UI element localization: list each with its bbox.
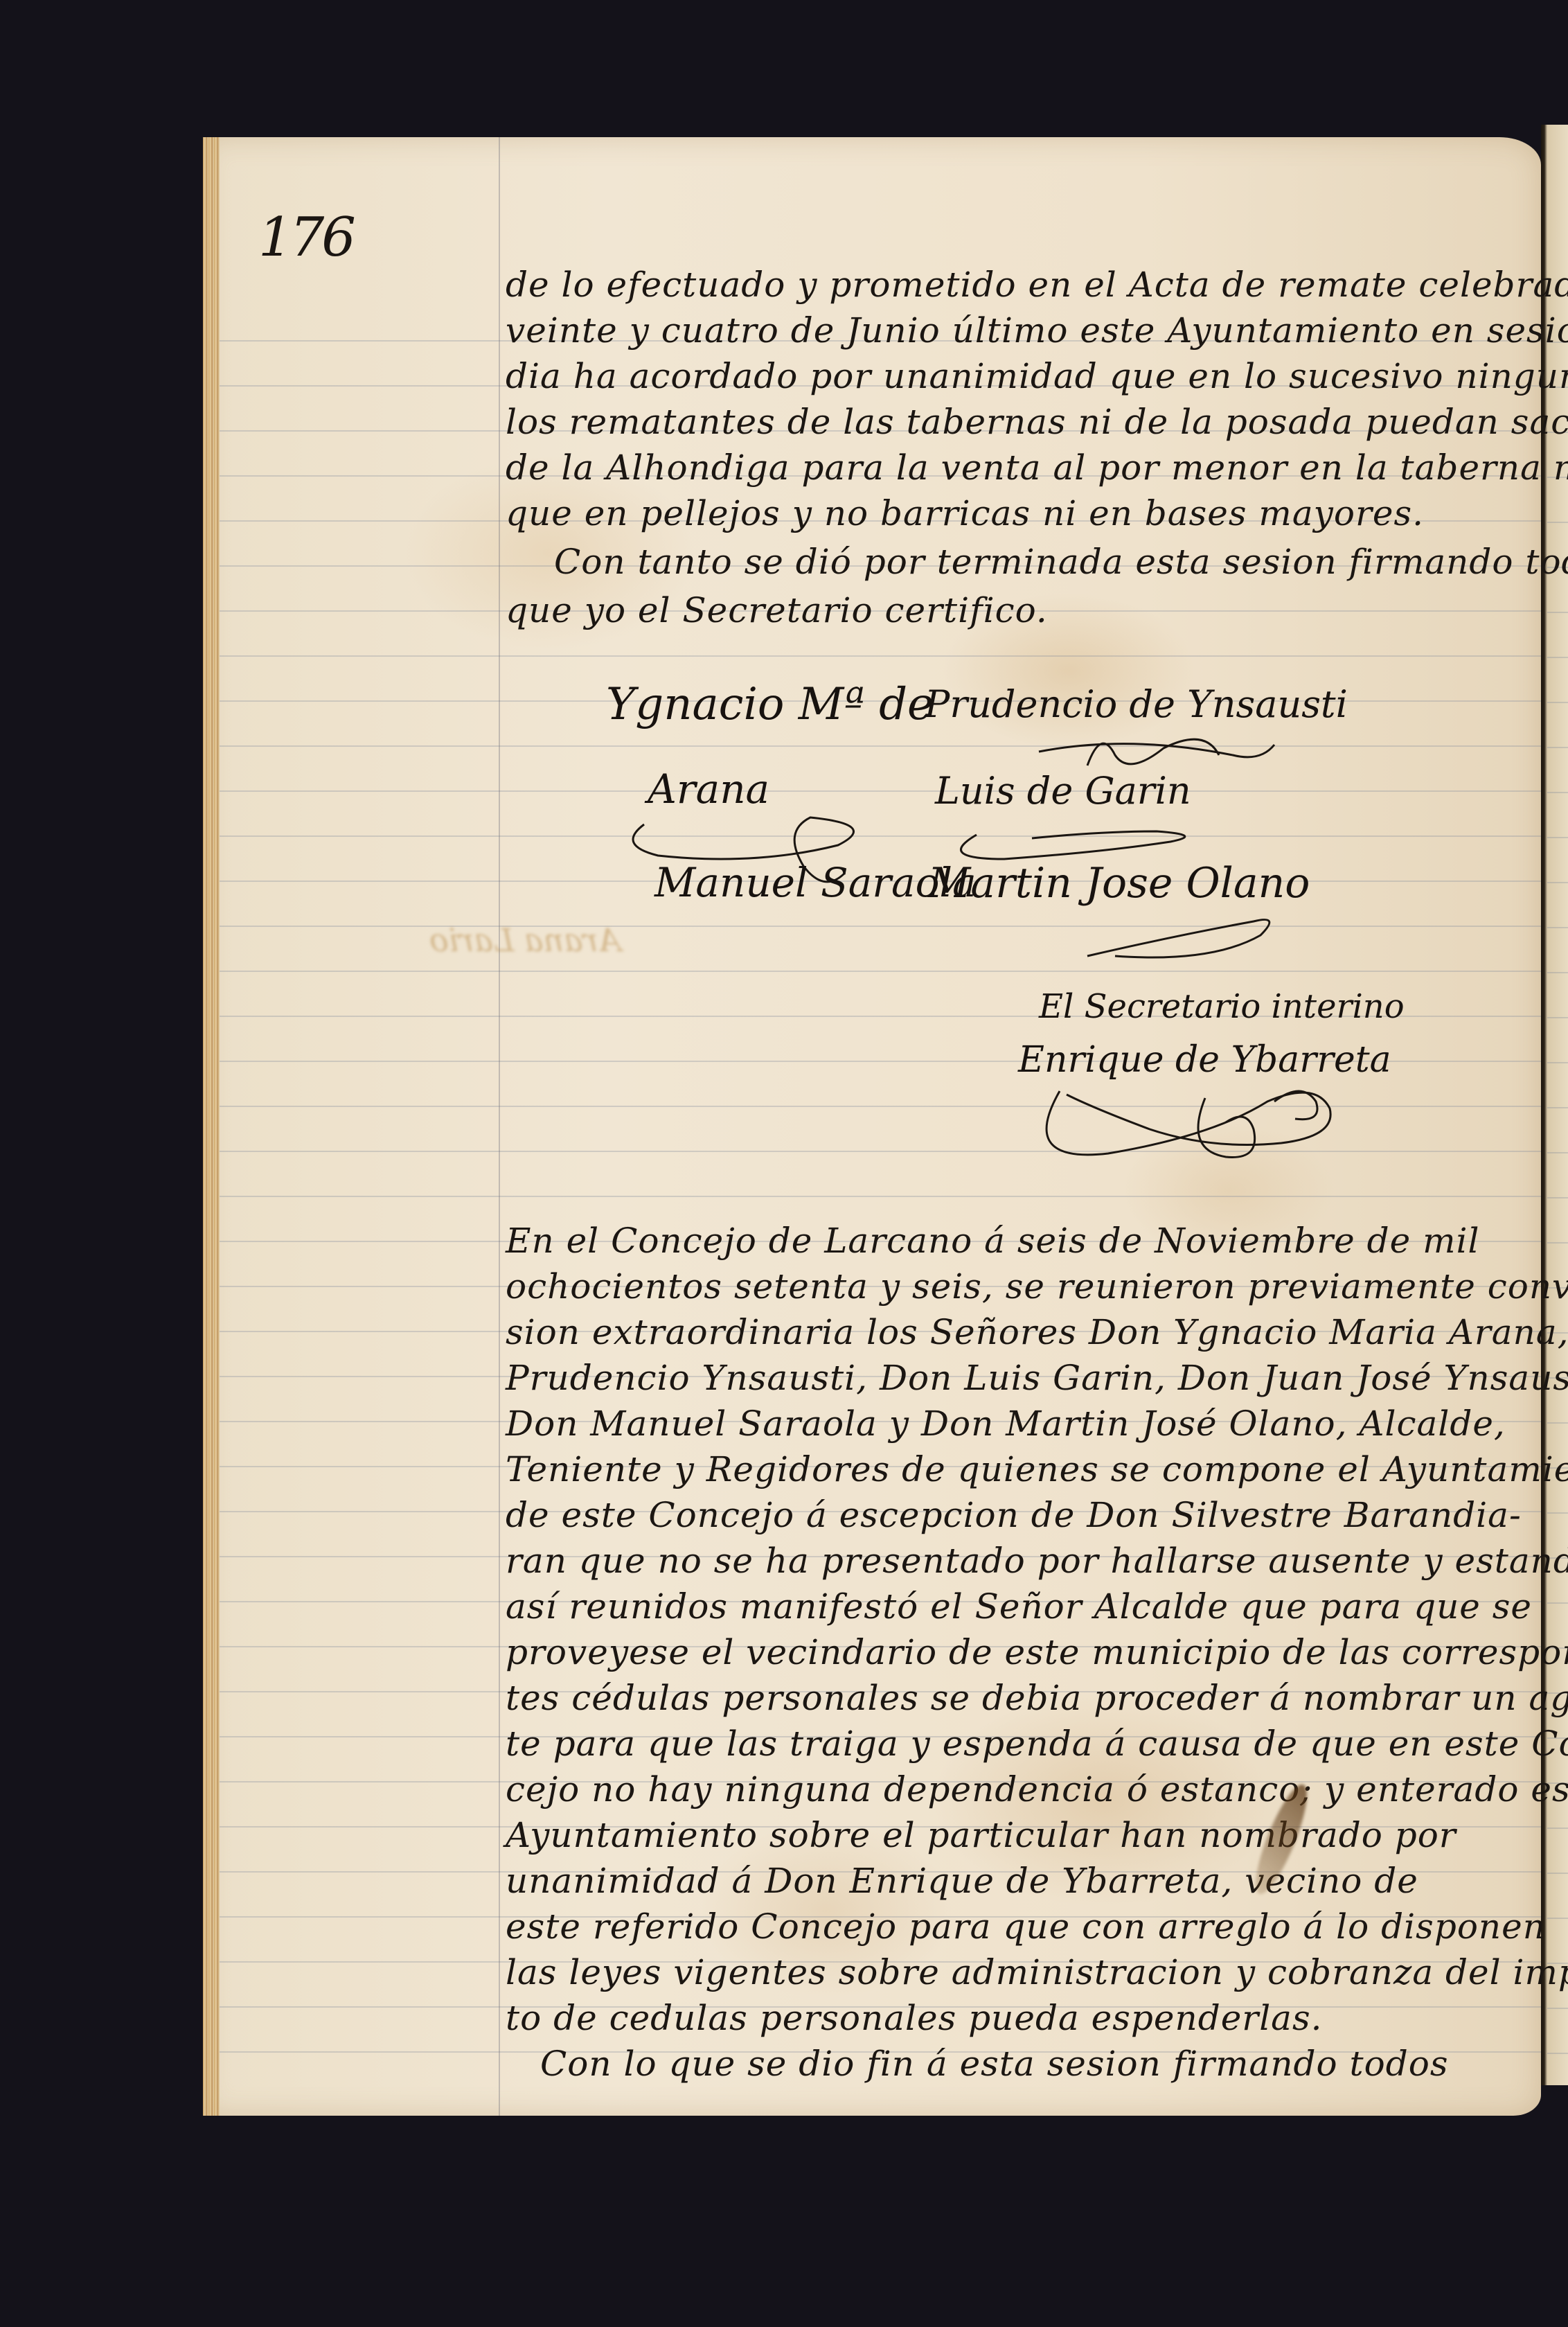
entry-line: sion extraordinaria los Señores Don Ygna… — [506, 1312, 1568, 1352]
signature-ygnacio: Ygnacio Mª de — [606, 679, 934, 730]
entry-line: que en pellejos y no barricas ni en base… — [506, 490, 1424, 536]
secretary-title: El Secretario interino — [1039, 987, 1405, 1026]
entry-line: las leyes vigentes sobre administracion … — [506, 1952, 1568, 1992]
signature-flourish — [1073, 894, 1281, 977]
entry-line: Ayuntamiento sobre el particular han nom… — [506, 1815, 1456, 1855]
entry-line: de este Concejo á escepcion de Don Silve… — [506, 1495, 1522, 1535]
entry-line: veinte y cuatro de Junio último este Ayu… — [506, 308, 1568, 353]
entry-line: Don Manuel Saraola y Don Martin José Ola… — [506, 1404, 1506, 1444]
entry-line: Teniente y Regidores de quienes se compo… — [506, 1449, 1568, 1489]
entry-line: de lo efectuado y prometido en el Acta d… — [506, 262, 1568, 308]
page-edges — [203, 137, 220, 2116]
entry-line: cejo no hay ninguna dependencia ó estanc… — [506, 1769, 1568, 1810]
entry-line: Con tanto se dió por terminada esta sesi… — [554, 539, 1568, 585]
folio-number: 176 — [258, 206, 353, 269]
secretary-flourish — [1039, 1081, 1385, 1185]
entry-line: Prudencio Ynsausti, Don Luis Garin, Don … — [506, 1358, 1568, 1398]
entry-line: que yo el Secretario certifico. — [506, 587, 1048, 633]
entry-line: En el Concejo de Larcano á seis de Novie… — [506, 1221, 1480, 1261]
signature-secretary: Enrique de Ybarreta — [1018, 1039, 1391, 1081]
entry-line: proveyese el vecindario de este municipi… — [506, 1632, 1568, 1672]
entry-line: tes cédulas personales se debia proceder… — [506, 1678, 1568, 1718]
entry-line: ran que no se ha presentado por hallarse… — [506, 1541, 1568, 1581]
entry-line: dia ha acordado por unanimidad que en lo… — [506, 353, 1568, 399]
offset-ink-stain: Arana Lario — [429, 921, 621, 959]
entry-line: de la Alhondiga para la venta al por men… — [506, 445, 1568, 490]
entry-line: este referido Concejo para que con arreg… — [506, 1906, 1546, 1947]
entry-line: así reunidos manifestó el Señor Alcalde … — [506, 1586, 1532, 1627]
entry-line: te para que las traiga y espenda á causa… — [506, 1724, 1568, 1764]
margin-line — [499, 137, 500, 2116]
entry-line: to de cedulas personales pueda espenderl… — [506, 1998, 1323, 2038]
entry-line: Con lo que se dio fin á esta sesion firm… — [540, 2044, 1449, 2084]
entry-line: los rematantes de las tabernas ni de la … — [506, 399, 1568, 445]
entry-line: ochocientos setenta y seis, se reunieron… — [506, 1266, 1568, 1307]
